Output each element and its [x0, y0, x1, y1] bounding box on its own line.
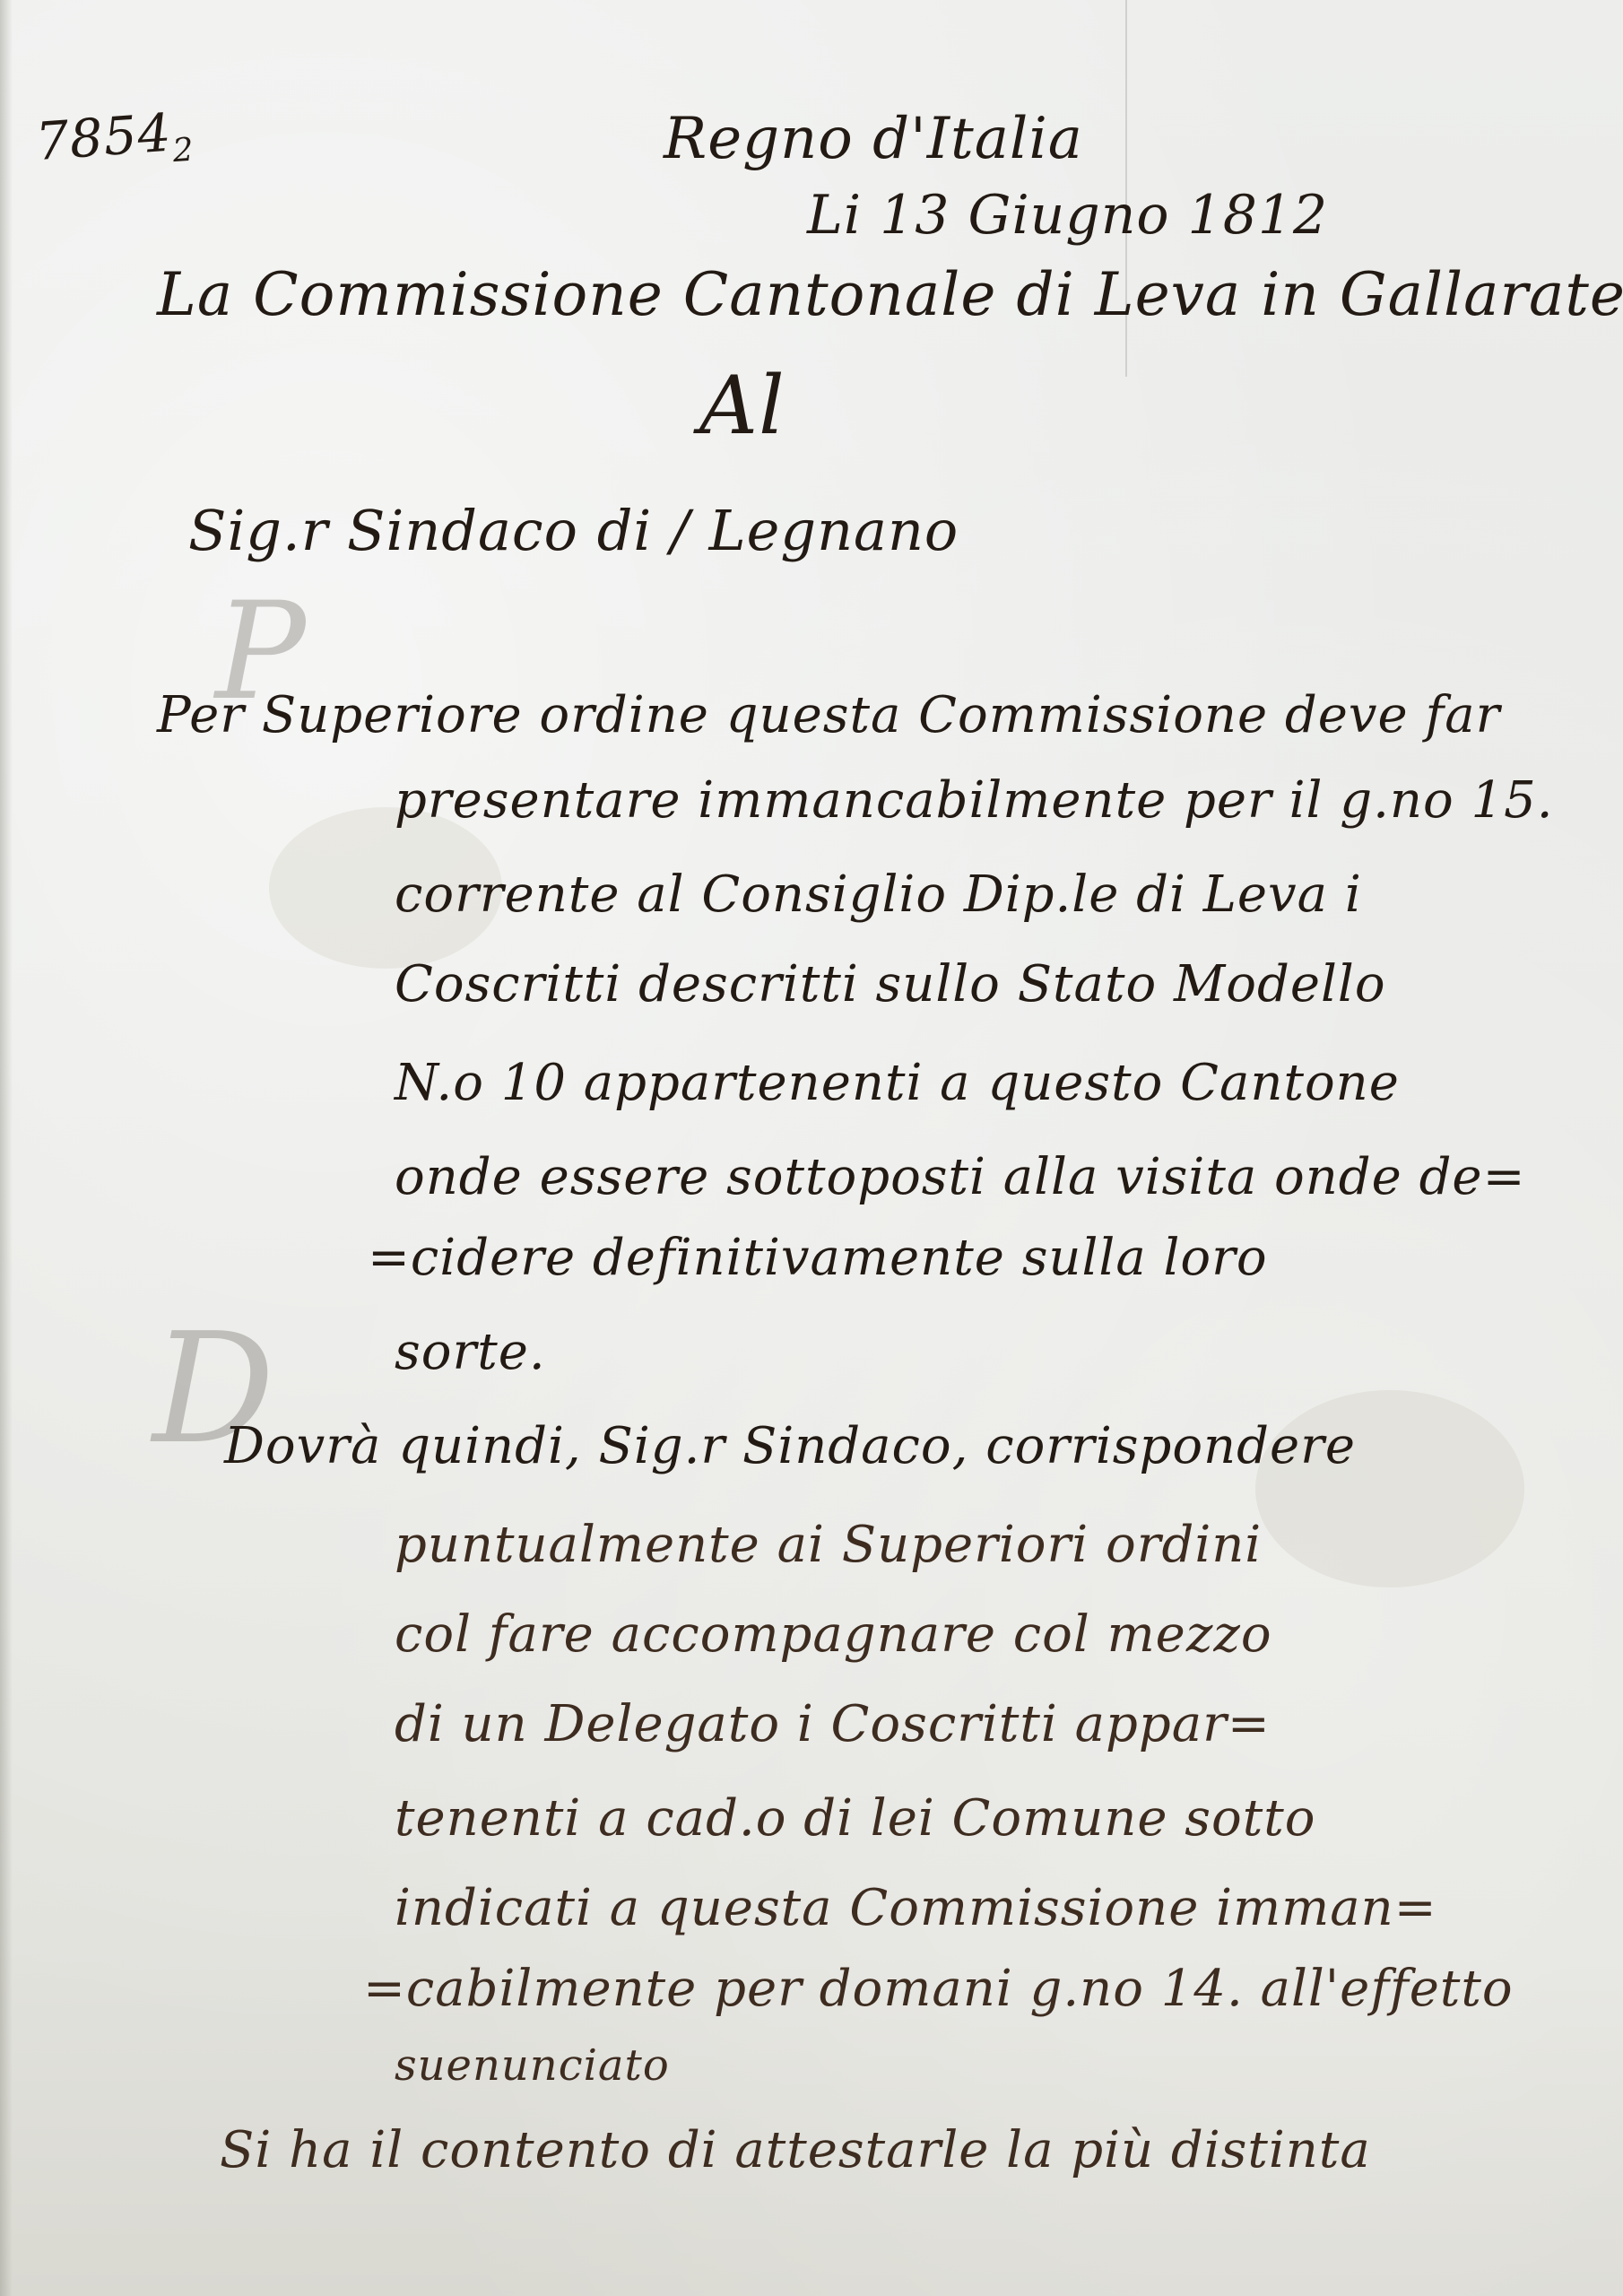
body-line: corrente al Consiglio Dip.le di Leva i [395, 865, 1362, 924]
sender-line: La Commissione Cantonale di Leva in Gall… [157, 260, 1623, 329]
body-line: tenenti a cad.o di lei Comune sotto [395, 1789, 1315, 1848]
body-line: =cabilmente per domani g.no 14. all'effe… [363, 1960, 1514, 2018]
body-line: presentare immancabilmente per il g.no 1… [395, 771, 1554, 830]
body-line: indicati a questa Commissione imman= [395, 1879, 1437, 1937]
addressee-marker: Al [699, 359, 785, 453]
archive-number-sub: 2 [171, 131, 195, 170]
body-line: Dovrà quindi, Sig.r Sindaco, corrisponde… [224, 1417, 1356, 1475]
body-line: sorte. [395, 1323, 546, 1381]
body-line: col fare accompagnare col mezzo [395, 1605, 1272, 1664]
archive-number: 78542 [34, 100, 195, 179]
document-date: Li 13 Giugno 1812 [807, 184, 1328, 247]
body-line: Per Superiore ordine questa Commissione … [157, 686, 1500, 744]
document-heading: Regno d'Italia [664, 106, 1083, 172]
body-line: onde essere sottoposti alla visita onde … [395, 1148, 1526, 1206]
body-line: puntualmente ai Superiori ordini [395, 1516, 1262, 1574]
body-line: Coscritti descritti sullo Stato Modello [395, 955, 1386, 1013]
closing-line: Si ha il contento di attestarle la più d… [220, 2121, 1371, 2179]
body-line: =cidere definitivamente sulla loro [368, 1229, 1268, 1287]
body-line: di un Delegato i Coscritti appar= [395, 1695, 1271, 1753]
recipient-line: Sig.r Sindaco di / Legnano [188, 498, 959, 563]
archive-number-text: 7854 [34, 102, 174, 172]
body-line: suenunciato [395, 2040, 670, 2091]
letter-page: 78542 Regno d'Italia Li 13 Giugno 1812 L… [0, 0, 1623, 2296]
body-line: N.o 10 appartenenti a questo Cantone [395, 1054, 1400, 1112]
